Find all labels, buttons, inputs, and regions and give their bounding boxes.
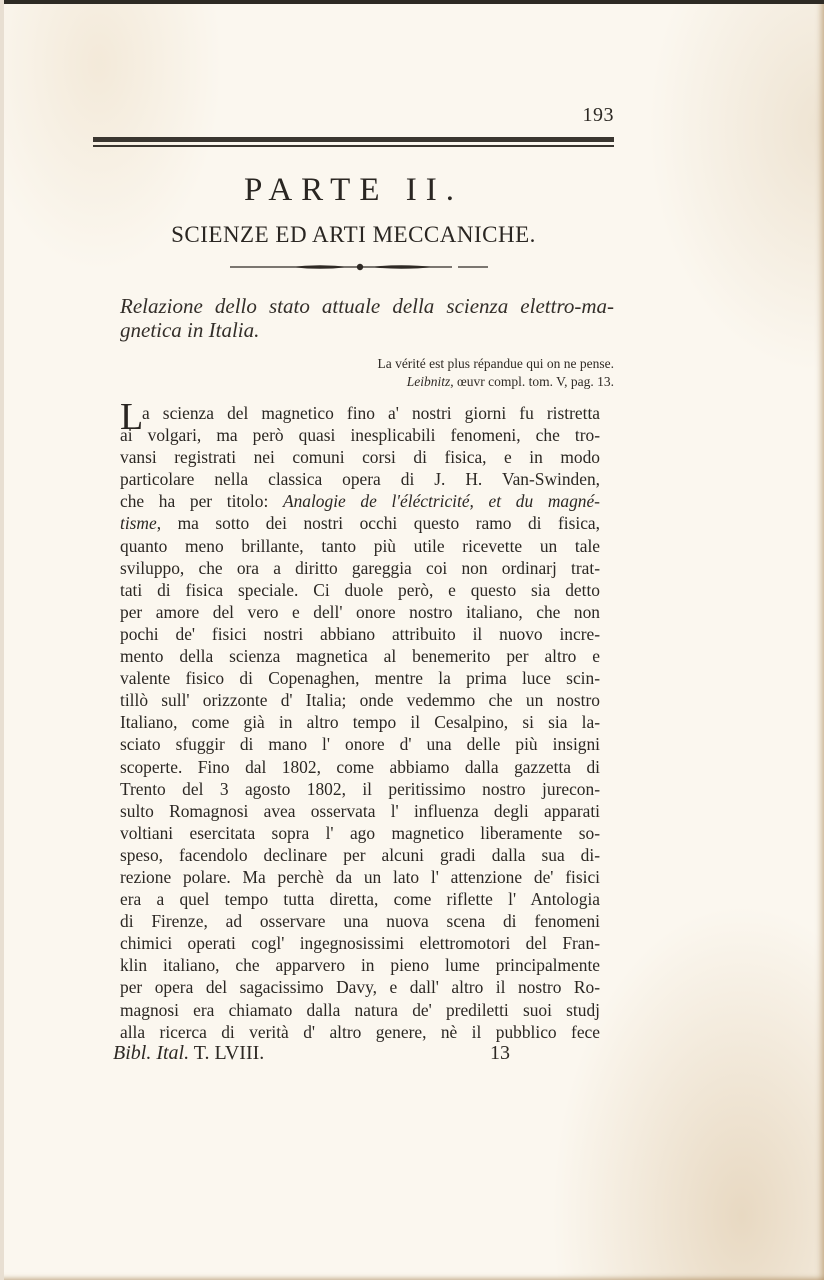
article-title-line: Relazione dello stato attuale della scie… xyxy=(120,294,614,318)
body-text-run: tati di fisica speciale. Ci duole però, … xyxy=(120,580,600,600)
body-line: vansi registrati nei comuni corsi di fis… xyxy=(120,446,600,468)
page-top-edge xyxy=(0,0,824,4)
body-line: speso, facendolo declinare per alcuni gr… xyxy=(120,844,600,866)
article-title: Relazione dello stato attuale della scie… xyxy=(120,294,614,342)
body-text-run: pochi de' fisici nostri abbiano attribui… xyxy=(120,624,600,644)
body-line: per amore del vero e dell' onore nostro … xyxy=(120,601,600,623)
body-line: klin italiano, che apparvero in pieno lu… xyxy=(120,954,600,976)
body-text-run: voltiani esercitata sopra l' ago magneti… xyxy=(120,823,600,843)
body-line: particolare nella classica opera di J. H… xyxy=(120,468,600,490)
italic-text: tisme xyxy=(120,513,157,533)
page-number: 193 xyxy=(578,104,614,127)
body-line: sciato sfuggir di mano l' onore d' una d… xyxy=(120,733,600,755)
body-text-run: Trento del 3 agosto 1802, il peritissimo… xyxy=(120,779,600,799)
rule-thick xyxy=(93,137,614,142)
section-title: SCIENZE ED ARTI MECCANICHE. xyxy=(93,222,614,248)
body-line: voltiani esercitata sopra l' ago magneti… xyxy=(120,822,600,844)
body-line: di Firenze, ad osservare una nuova scena… xyxy=(120,910,600,932)
body-line: pochi de' fisici nostri abbiano attribui… xyxy=(120,623,600,645)
header-double-rule xyxy=(93,137,614,147)
body-text-run: vansi registrati nei comuni corsi di fis… xyxy=(120,447,600,467)
body-text: a scienza del magnetico fino a' nostri g… xyxy=(120,402,600,1043)
body-line: rezione polare. Ma perchè da un lato l' … xyxy=(120,866,600,888)
body-line: scoperte. Fino dal 1802, come abbiamo da… xyxy=(120,756,600,778)
body-line: magnosi era chiamato dalla natura de' pr… xyxy=(120,999,600,1021)
body-line: tati di fisica speciale. Ci duole però, … xyxy=(120,579,600,601)
ornamental-rule-icon xyxy=(230,262,490,272)
body-line: ai volgari, ma però quasi inesplicabili … xyxy=(120,424,600,446)
body-text-run: che ha per titolo: xyxy=(120,491,283,511)
epigraph: La vérité est plus répandue qui on ne pe… xyxy=(250,355,614,391)
part-title: PARTE II. xyxy=(93,172,614,209)
body-text-run: , ma sotto dei nostri occhi questo ramo … xyxy=(157,513,600,533)
body-line: per opera del sagacissimo Davy, e dall' … xyxy=(120,976,600,998)
article-title-line: gnetica in Italia. xyxy=(120,318,614,342)
body-text-run: klin italiano, che apparvero in pieno lu… xyxy=(120,955,600,975)
body-line: sviluppo, che ora a diritto gareggia coi… xyxy=(120,557,600,579)
italic-text: Analogie de l'éléctricité, et du magné- xyxy=(283,491,600,511)
body-line: mento della scienza magnetica al benemer… xyxy=(120,645,600,667)
body-text-run: sulto Romagnosi avea osservata l' influe… xyxy=(120,801,600,821)
body-text-run: rezione polare. Ma perchè da un lato l' … xyxy=(120,867,600,887)
body-text-run: ai volgari, ma però quasi inesplicabili … xyxy=(120,425,600,445)
body-text-run: scoperte. Fino dal 1802, come abbiamo da… xyxy=(120,757,600,777)
body-text-run: a scienza del magnetico fino a' nostri g… xyxy=(142,403,600,423)
body-text-run: quanto meno brillante, tanto più utile r… xyxy=(120,536,600,556)
body-text-run: per amore del vero e dell' onore nostro … xyxy=(120,602,600,622)
page-left-edge xyxy=(0,0,4,1280)
gathering-number: 13 xyxy=(490,1042,510,1065)
signature-mark: Bibl. Ital. T. LVIII. xyxy=(113,1042,264,1065)
body-line: sulto Romagnosi avea osservata l' influe… xyxy=(120,800,600,822)
body-text-run: Italiano, come già in altro tempo il Ces… xyxy=(120,712,600,732)
body-line: che ha per titolo: Analogie de l'éléctri… xyxy=(120,490,600,512)
body-text-run: chimici operati cogl' ingegnosissimi ele… xyxy=(120,933,600,953)
body-line: Italiano, come già in altro tempo il Ces… xyxy=(120,711,600,733)
body-text-run: per opera del sagacissimo Davy, e dall' … xyxy=(120,977,600,997)
signature-title: Bibl. Ital. xyxy=(113,1042,189,1064)
body-line: quanto meno brillante, tanto più utile r… xyxy=(120,535,600,557)
rule-thin xyxy=(93,145,614,147)
body-line: tisme, ma sotto dei nostri occhi questo … xyxy=(120,512,600,534)
book-page: 193 PARTE II. SCIENZE ED ARTI MECCANICHE… xyxy=(0,0,824,1280)
body-line: valente fisico di Copenaghen, mentre la … xyxy=(120,667,600,689)
body-line: chimici operati cogl' ingegnosissimi ele… xyxy=(120,932,600,954)
signature-volume: T. LVIII. xyxy=(189,1042,264,1064)
epigraph-author: Leibnitz xyxy=(407,374,451,389)
body-text-run: era a quel tempo tutta diretta, come rif… xyxy=(120,889,600,909)
body-text-run: particolare nella classica opera di J. H… xyxy=(120,469,600,489)
body-line: alla ricerca di verità d' altro genere, … xyxy=(120,1021,600,1043)
body-text-run: speso, facendolo declinare per alcuni gr… xyxy=(120,845,600,865)
body-line: a scienza del magnetico fino a' nostri g… xyxy=(120,402,600,424)
body-text-run: mento della scienza magnetica al benemer… xyxy=(120,646,600,666)
body-text-run: sciato sfuggir di mano l' onore d' una d… xyxy=(120,734,600,754)
epigraph-quote: La vérité est plus répandue qui on ne pe… xyxy=(250,355,614,373)
body-line: tillò sull' orizzonte d' Italia; onde ve… xyxy=(120,689,600,711)
body-text-run: di Firenze, ad osservare una nuova scena… xyxy=(120,911,600,931)
body-text-run: alla ricerca di verità d' altro genere, … xyxy=(120,1022,600,1042)
epigraph-source: , œuvr compl. tom. V, pag. 13. xyxy=(450,374,614,389)
body-text-run: sviluppo, che ora a diritto gareggia coi… xyxy=(120,558,600,578)
body-text-run: tillò sull' orizzonte d' Italia; onde ve… xyxy=(120,690,600,710)
epigraph-attribution: Leibnitz, œuvr compl. tom. V, pag. 13. xyxy=(250,373,614,391)
body-text-run: valente fisico di Copenaghen, mentre la … xyxy=(120,668,600,688)
body-line: Trento del 3 agosto 1802, il peritissimo… xyxy=(120,778,600,800)
body-line: era a quel tempo tutta diretta, come rif… xyxy=(120,888,600,910)
body-text-run: magnosi era chiamato dalla natura de' pr… xyxy=(120,1000,600,1020)
